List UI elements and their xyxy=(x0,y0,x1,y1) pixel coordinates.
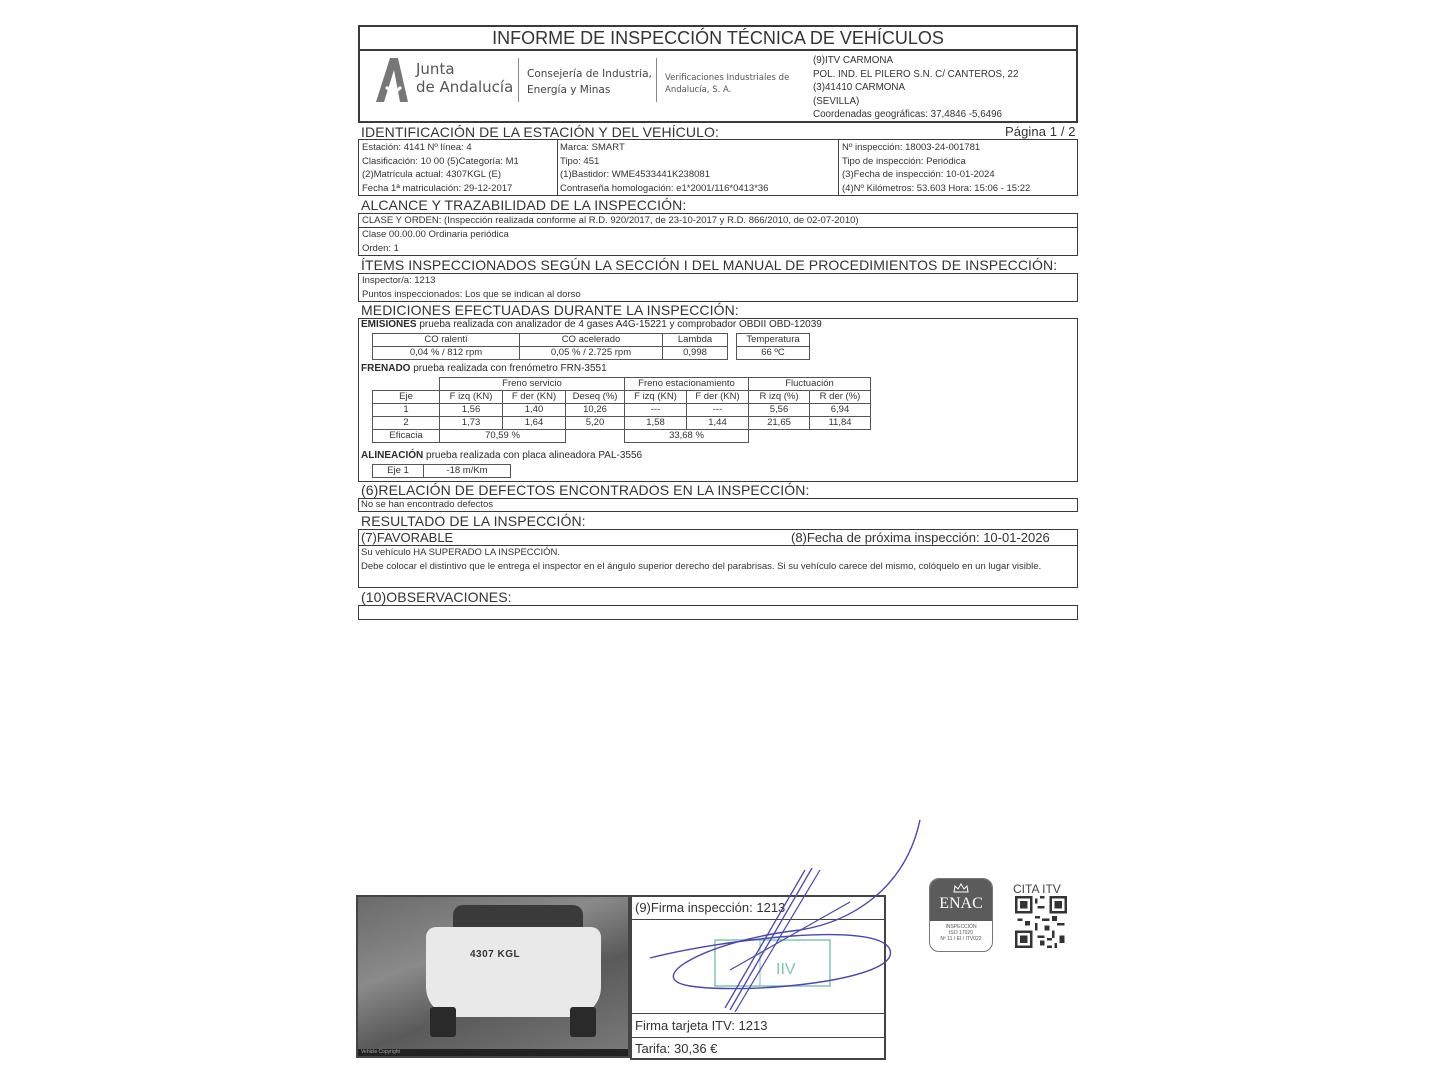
vehicle-image xyxy=(426,927,601,1017)
table-row: 2 1,73 1,64 5,20 1,58 1,44 21,65 11,84 xyxy=(373,417,871,430)
temperature-table: Temperatura 66 ºC xyxy=(736,333,810,360)
identification-box: Estación: 4141 Nº línea: 4 Clasificación… xyxy=(358,139,1078,196)
clase-orden-box: CLASE Y ORDEN: (Inspección realizada con… xyxy=(358,213,1078,228)
cita-itv-label: CITA ITV xyxy=(1013,882,1061,896)
junta-logo-text: Junta de Andalucía xyxy=(416,60,513,96)
identification-heading: IDENTIFICACIÓN DE LA ESTACIÓN Y DEL VEHÍ… xyxy=(361,124,719,140)
next-inspection-date: (8)Fecha de próxima inspección: 10-01-20… xyxy=(791,530,1050,545)
consejeria-text: Consejería de Industria, Energía y Minas xyxy=(527,66,652,98)
identification-col-inspection: Nº inspección: 18003-24-001781 Tipo de i… xyxy=(842,141,1030,195)
photo-caption: Vehicle Copyright xyxy=(358,1049,630,1056)
divider xyxy=(518,58,519,102)
junta-andalucia-logo-icon xyxy=(374,56,410,104)
divider xyxy=(656,58,657,102)
fee: Tarifa: 30,36 € xyxy=(632,1038,884,1060)
result-line-1: Su vehículo HA SUPERADO LA INSPECCIÓN. xyxy=(361,546,1075,560)
signature-stamp-icon: IIV xyxy=(630,790,930,1020)
emissions-title: EMISIONES prueba realizada con analizado… xyxy=(361,319,822,330)
enac-logo: ENAC INSPECCIÓN ISO 17020 Nº 11 / EI / I… xyxy=(929,878,993,952)
license-plate: 4307 KGL xyxy=(470,949,520,960)
defects-heading: (6)RELACIÓN DE DEFECTOS ENCONTRADOS EN L… xyxy=(361,482,809,498)
defects-text: No se han encontrado defectos xyxy=(361,499,493,511)
table-row: 1 1,56 1,40 10,26 --- --- 5,56 6,94 xyxy=(373,404,871,417)
scope-heading: ALCANCE Y TRAZABILIDAD DE LA INSPECCIÓN: xyxy=(361,197,686,213)
station-info: (9)ITV CARMONA POL. IND. EL PILERO S.N. … xyxy=(813,54,1018,122)
measurements-box: EMISIONES prueba realizada con analizado… xyxy=(358,318,1078,482)
measurements-heading: MEDICIONES EFECTUADAS DURANTE LA INSPECC… xyxy=(361,302,739,318)
result-verdict-box: (7)FAVORABLE (8)Fecha de próxima inspecc… xyxy=(358,529,1078,546)
company-text: Verificaciones Industriales de Andalucía… xyxy=(665,72,789,96)
qr-code-icon[interactable] xyxy=(1015,896,1067,948)
result-heading: RESULTADO DE LA INSPECCIÓN: xyxy=(361,513,586,529)
result-text-box: Su vehículo HA SUPERADO LA INSPECCIÓN. D… xyxy=(358,545,1078,588)
clase-orden-text: CLASE Y ORDEN: (Inspección realizada con… xyxy=(362,214,859,227)
observations-box xyxy=(358,605,1078,620)
clase-text: Clase 00.00.00 Ordinaria periódica xyxy=(362,228,509,242)
items-box: Inspector/a: 1213 Puntos inspeccionados:… xyxy=(358,273,1078,302)
page-number: Página 1 / 2 xyxy=(1005,124,1076,139)
observations-heading: (10)OBSERVACIONES: xyxy=(361,589,512,605)
crown-icon xyxy=(952,882,970,894)
braking-table: Freno servicio Freno estacionamiento Flu… xyxy=(372,377,871,443)
document-title: INFORME DE INSPECCIÓN TÉCNICA DE VEHÍCUL… xyxy=(358,25,1078,51)
alignment-title: ALINEACIÓN prueba realizada con placa al… xyxy=(361,450,642,461)
emissions-table: CO ralentí CO acelerado Lambda 0,04 % / … xyxy=(372,333,728,360)
header-block: Junta de Andalucía Consejería de Industr… xyxy=(358,50,1078,123)
braking-title: FRENADO prueba realizada con frenómetro … xyxy=(361,363,607,374)
defects-box: No se han encontrado defectos xyxy=(358,498,1078,512)
result-line-2: Debe colocar el distintivo que le entreg… xyxy=(361,560,1075,574)
svg-text:IIV: IIV xyxy=(776,961,796,978)
vehicle-photo: 4307 KGL Vehicle Copyright xyxy=(356,895,630,1058)
identification-col-vehicle: Marca: SMART Tipo: 451 (1)Bastidor: WME4… xyxy=(560,141,768,195)
inspector-text: Inspector/a: 1213 xyxy=(362,274,581,288)
orden-text: Orden: 1 xyxy=(362,242,509,256)
identification-col-station: Estación: 4141 Nº línea: 4 Clasificación… xyxy=(362,141,519,195)
puntos-text: Puntos inspeccionados: Los que se indica… xyxy=(362,288,581,302)
clase-box: Clase 00.00.00 Ordinaria periódica Orden… xyxy=(358,227,1078,256)
items-heading: ÍTEMS INSPECCIONADOS SEGÚN LA SECCIÓN I … xyxy=(361,257,1057,273)
result-verdict: (7)FAVORABLE xyxy=(361,530,453,545)
alignment-table: Eje 1 -18 m/Km xyxy=(372,464,511,478)
